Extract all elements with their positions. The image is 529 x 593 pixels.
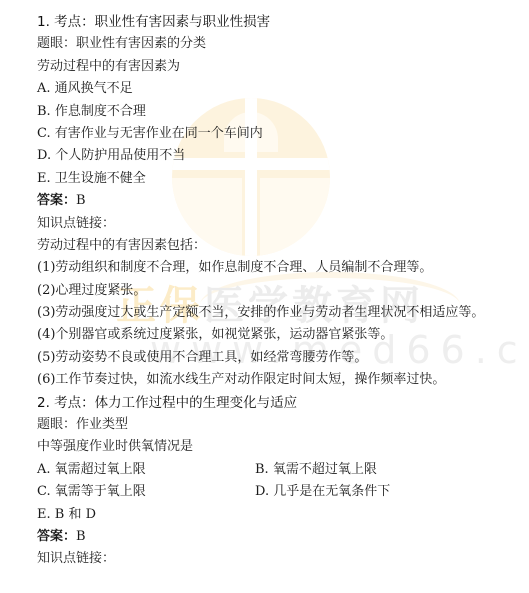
document-body: 1. 考点：职业性有害因素与职业性损害 题眼：职业性有害因素的分类 劳动过程中的…: [0, 0, 529, 571]
knowledge-link-label: 知识点链接：: [37, 548, 529, 570]
option-d: D. 个人防护用品使用不当: [37, 145, 529, 167]
question-stem: 劳动过程中的有害因素为: [37, 56, 529, 78]
question-heading: 2. 考点：体力工作过程中的生理变化与适应: [37, 392, 529, 414]
question-heading: 1. 考点：职业性有害因素与职业性损害: [37, 11, 529, 33]
option-a: A. 通风换气不足: [37, 78, 529, 100]
knowledge-item: (5)劳动姿势不良或使用不合理工具，如经常弯腰劳作等。: [37, 347, 529, 369]
answer: 答案：B: [37, 190, 529, 212]
knowledge-item: (2)心理过度紧张。: [37, 280, 529, 302]
option-e: E. 卫生设施不健全: [37, 168, 529, 190]
question-2: 2. 考点：体力工作过程中的生理变化与适应 题眼：作业类型 中等强度作业时供氧情…: [37, 392, 529, 571]
knowledge-item: (6)工作节奏过快，如流水线生产对动作限定时间太短，操作频率过快。: [37, 369, 529, 391]
option-b: B. 氧需不超过氧上限: [255, 459, 473, 481]
option-d: D. 几乎是在无氧条件下: [255, 481, 473, 503]
option-e: E. B 和 D: [37, 504, 529, 526]
knowledge-item: (1)劳动组织和制度不合理，如作息制度不合理、人员编制不合理等。: [37, 257, 529, 279]
answer: 答案：B: [37, 526, 529, 548]
question-stem: 中等强度作业时供氧情况是: [37, 436, 529, 458]
option-c: C. 氧需等于氧上限: [37, 481, 255, 503]
options-row-1: A. 氧需超过氧上限 B. 氧需不超过氧上限: [37, 459, 529, 481]
knowledge-item: (3)劳动强度过大或生产定额不当，安排的作业与劳动者生理状况不相适应等。: [37, 302, 529, 324]
question-tiyan: 题眼：职业性有害因素的分类: [37, 33, 529, 55]
option-a: A. 氧需超过氧上限: [37, 459, 255, 481]
knowledge-link-intro: 劳动过程中的有害因素包括：: [37, 235, 529, 257]
question-1: 1. 考点：职业性有害因素与职业性损害 题眼：职业性有害因素的分类 劳动过程中的…: [37, 11, 529, 392]
knowledge-item: (4)个别器官或系统过度紧张，如视觉紧张，运动器官紧张等。: [37, 324, 529, 346]
answer-value: B: [76, 529, 86, 544]
answer-value: B: [76, 193, 86, 208]
options-row-2: C. 氧需等于氧上限 D. 几乎是在无氧条件下: [37, 481, 529, 503]
knowledge-link-label: 知识点链接：: [37, 213, 529, 235]
option-b: B. 作息制度不合理: [37, 101, 529, 123]
option-c: C. 有害作业与无害作业在同一个车间内: [37, 123, 529, 145]
answer-label: 答案：: [37, 529, 76, 544]
question-tiyan: 题眼：作业类型: [37, 414, 529, 436]
answer-label: 答案：: [37, 193, 76, 208]
